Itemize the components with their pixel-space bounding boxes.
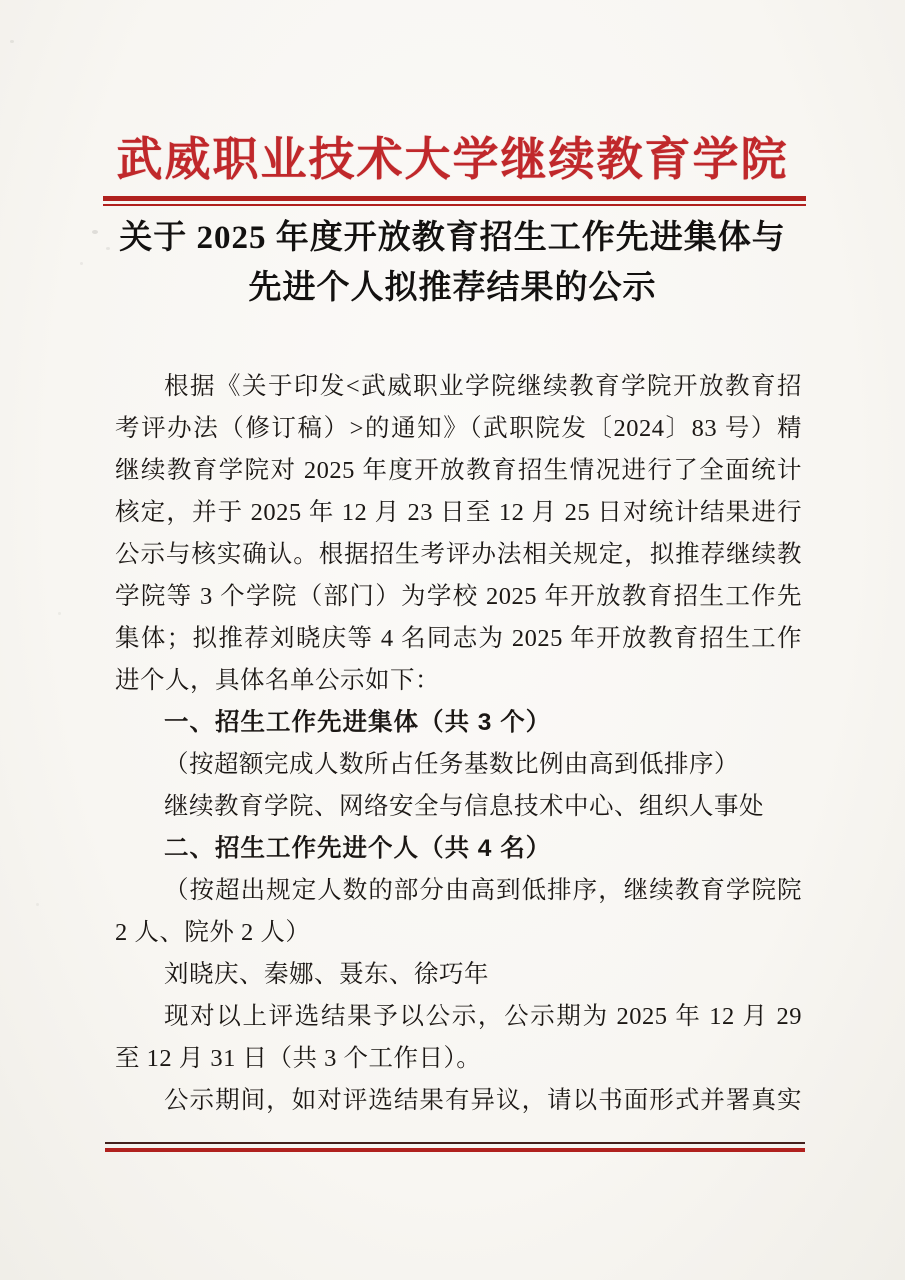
document-line: 学院等 3 个学院（部门）为学校 2025 年开放教育招生工作先进	[115, 576, 802, 618]
document-line: 进个人，具体名单公示如下：	[115, 660, 802, 702]
document-line: 根据《关于印发<武威职业学院继续教育学院开放教育招生	[115, 366, 802, 408]
document-title-line-2: 先进个人拟推荐结果的公示	[0, 263, 905, 313]
document-title-line-1: 关于 2025 年度开放教育招生工作先进集体与	[0, 213, 905, 263]
document-line: 公示期间，如对评选结果有异议，请以书面形式并署真实姓	[115, 1080, 802, 1122]
document-line: 2 人、院外 2 人）	[115, 912, 802, 954]
document-line: 公示与核实确认。根据招生考评办法相关规定，拟推荐继续教育	[115, 534, 802, 576]
document-line: 集体；拟推荐刘晓庆等 4 名同志为 2025 年开放教育招生工作先	[115, 618, 802, 660]
organization-header: 武威职业技术大学继续教育学院	[0, 134, 905, 186]
scanned-document-page: 武威职业技术大学继续教育学院 关于 2025 年度开放教育招生工作先进集体与 先…	[0, 0, 905, 1280]
document-line: 继续教育学院对 2025 年度开放教育招生情况进行了全面统计与	[115, 450, 802, 492]
scan-noise-dot	[58, 612, 61, 615]
scan-noise-dot	[10, 40, 14, 43]
section-heading-1: 一、招生工作先进集体（共 3 个）	[115, 702, 802, 744]
document-line: 核定，并于 2025 年 12 月 23 日至 12 月 25 日对统计结果进行…	[115, 492, 802, 534]
document-body: 根据《关于印发<武威职业学院继续教育学院开放教育招生 考评办法（修订稿）>的通知…	[115, 366, 802, 1122]
document-line: 考评办法（修订稿）>的通知》（武职院发〔2024〕83 号）精神，	[115, 408, 802, 450]
footer-divider-rule	[105, 1142, 805, 1152]
header-divider-rule	[103, 196, 806, 206]
section-heading-2: 二、招生工作先进个人（共 4 名）	[115, 828, 802, 870]
scan-noise-dot	[36, 903, 39, 906]
document-title: 关于 2025 年度开放教育招生工作先进集体与 先进个人拟推荐结果的公示	[0, 213, 905, 313]
document-line: （按超出规定人数的部分由高到低排序，继续教育学院院内	[115, 870, 802, 912]
document-line: （按超额完成人数所占任务基数比例由高到低排序）	[115, 744, 802, 786]
document-line: 继续教育学院、网络安全与信息技术中心、组织人事处	[115, 786, 802, 828]
document-line: 现对以上评选结果予以公示，公示期为 2025 年 12 月 29 日	[115, 996, 802, 1038]
document-line: 刘晓庆、秦娜、聂东、徐巧年	[115, 954, 802, 996]
document-line: 至 12 月 31 日（共 3 个工作日）。	[115, 1038, 802, 1080]
